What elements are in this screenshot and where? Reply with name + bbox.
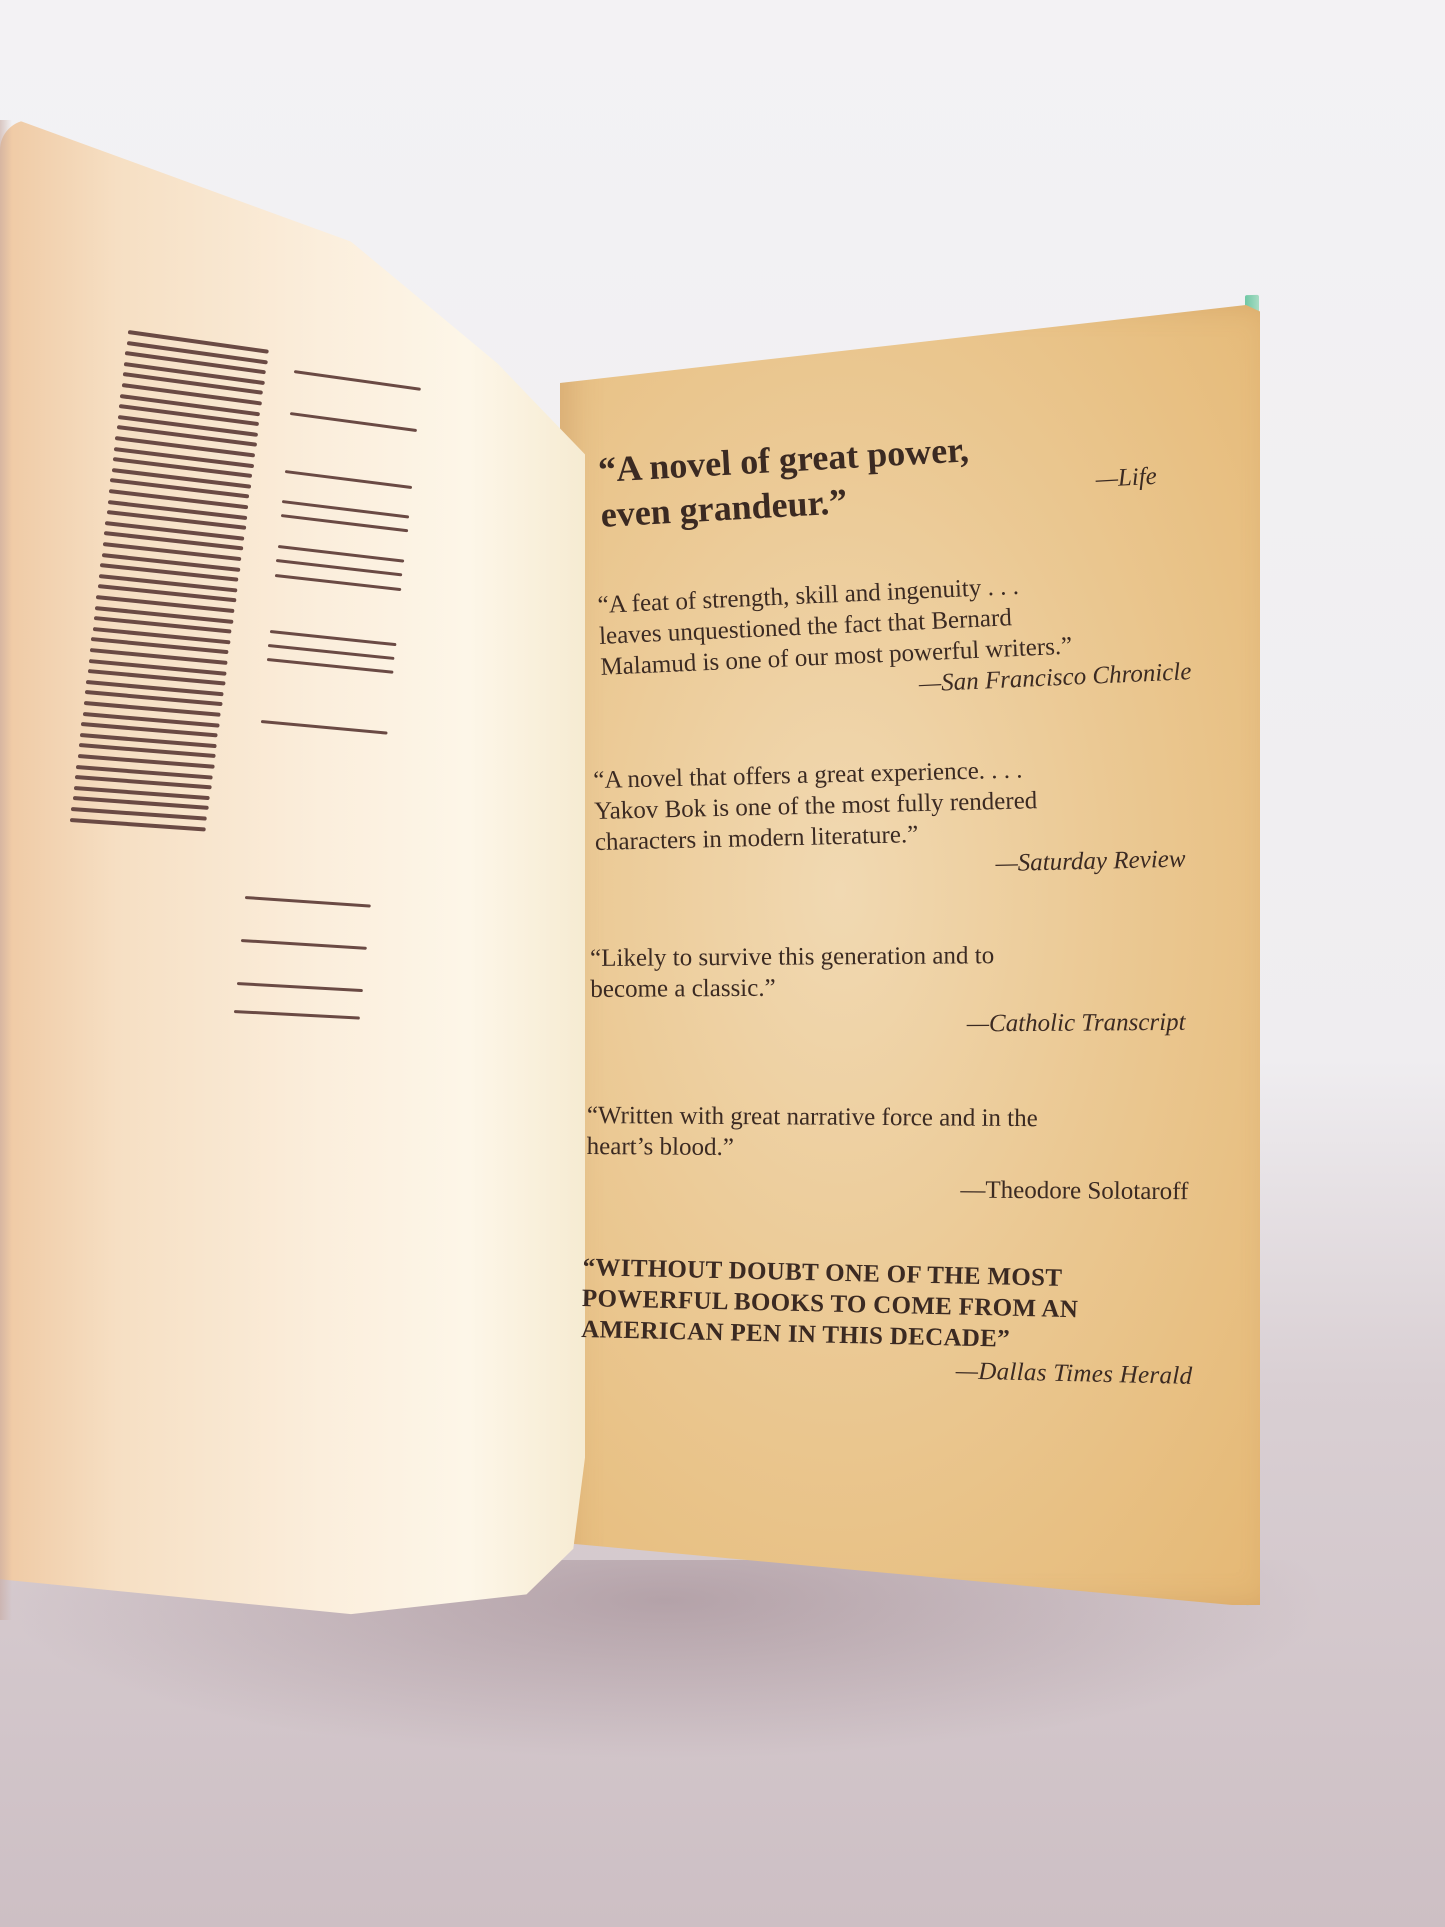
review-dallas-times-herald: “WITHOUT DOUBT ONE OF THE MOST POWERFUL … — [580, 1252, 1195, 1392]
review-source: —Theodore Solotaroff — [586, 1172, 1188, 1207]
review-source: —Catholic Transcript — [590, 1007, 1185, 1042]
photo-scene: “A novel of great power, even grandeur.”… — [0, 0, 1445, 1927]
review-text-line: “Likely to survive this generation and t… — [590, 939, 1185, 974]
review-text-line: become a classic.” — [590, 970, 1185, 1005]
review-sf-chronicle: “A feat of strength, skill and ingenuity… — [597, 563, 1192, 714]
review-solotaroff: “Written with great narrative force and … — [586, 1100, 1189, 1207]
review-life: “A novel of great power, even grandeur.” — [597, 427, 972, 538]
review-text-line: “Written with great narrative force and … — [587, 1100, 1189, 1135]
review-source: —Life — [1095, 463, 1158, 494]
review-text-line: heart’s blood.” — [587, 1131, 1189, 1166]
review-quotes: “A novel of great power, even grandeur.”… — [0, 0, 1445, 1927]
review-catholic-transcript: “Likely to survive this generation and t… — [590, 939, 1186, 1042]
review-saturday-review: “A novel that offers a great experience.… — [593, 751, 1186, 889]
